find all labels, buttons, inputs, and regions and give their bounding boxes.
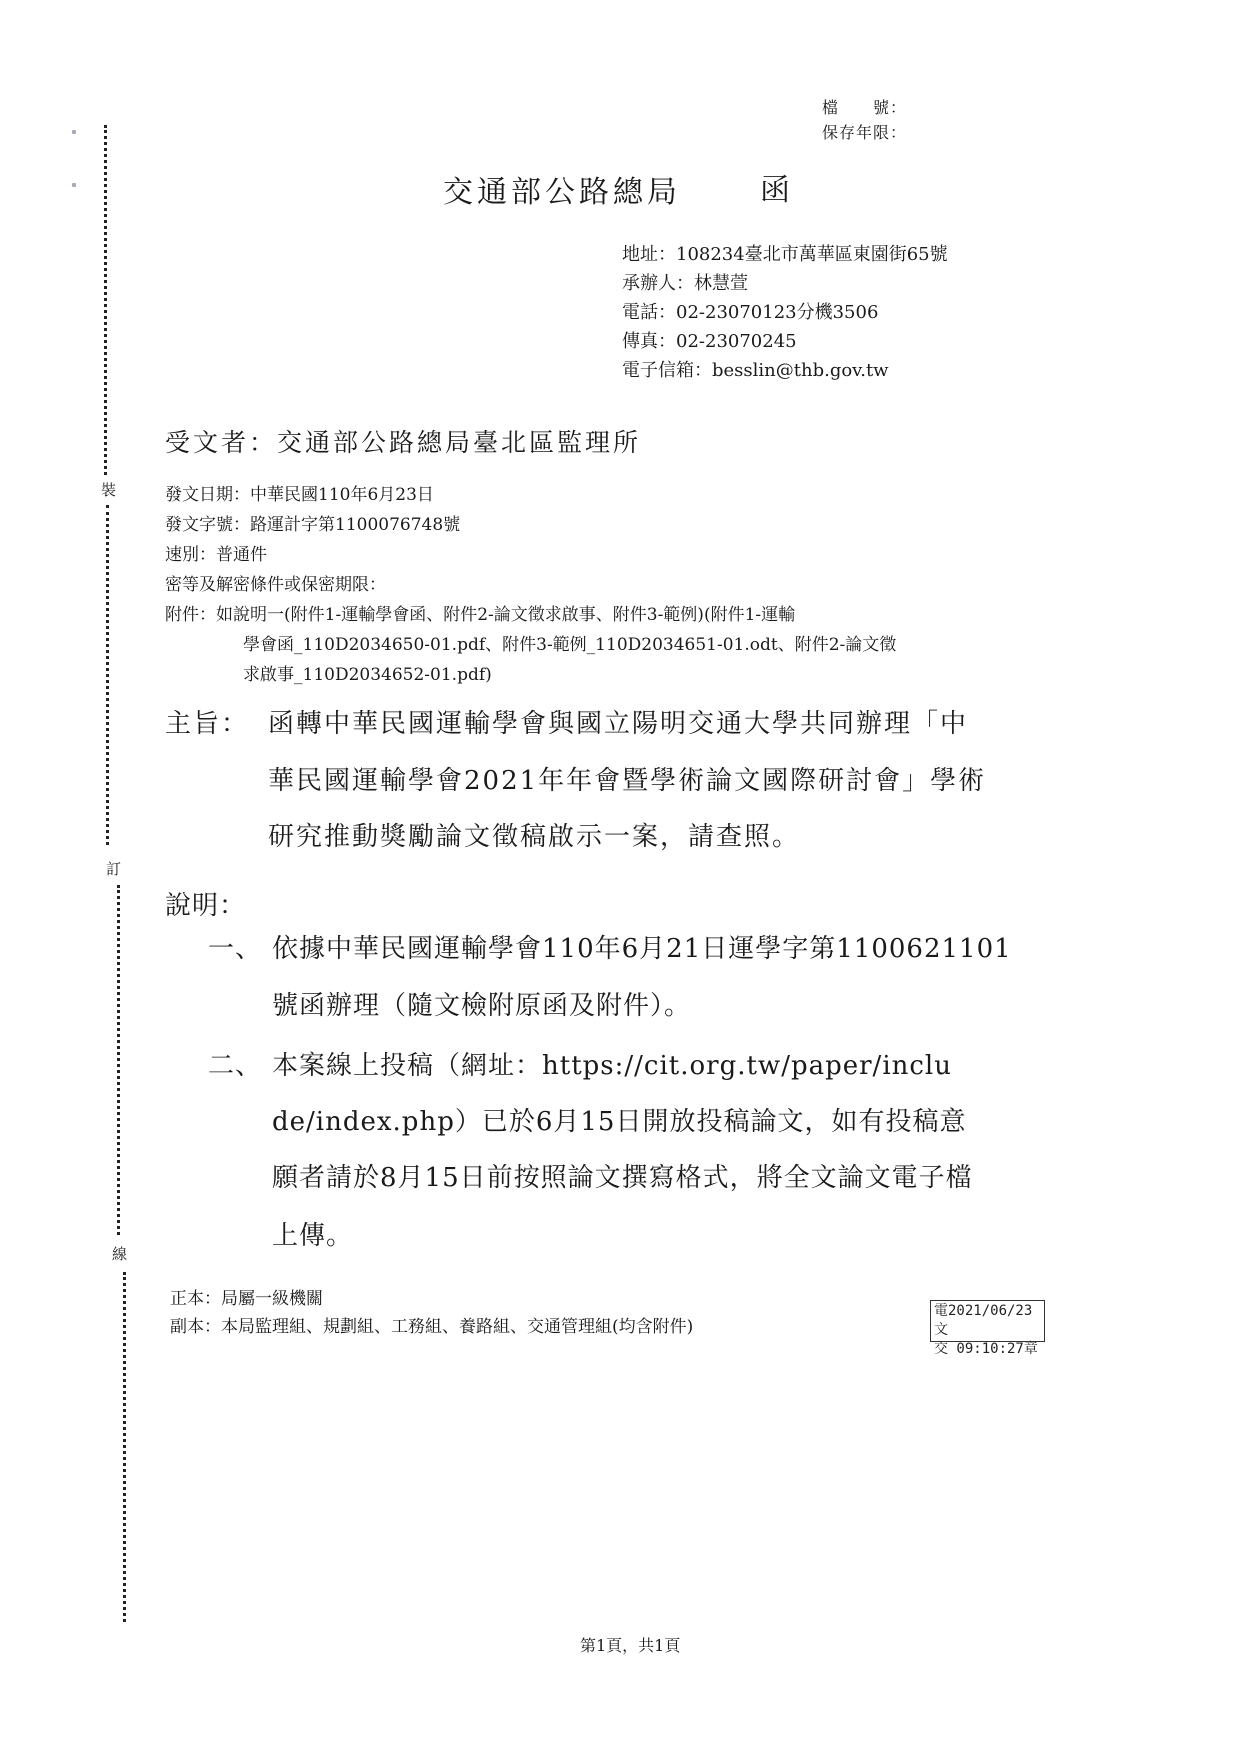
document-type: 函	[760, 165, 794, 209]
issue-date: 發文日期：中華民國110年6月23日	[165, 480, 896, 510]
binding-line	[123, 1272, 126, 1622]
explanation-item-1-line: 號函辦理（隨文檢附原函及附件）。	[272, 985, 691, 1022]
sender-address: 地址：108234臺北市萬華區東園街65號	[622, 240, 948, 269]
original-recipients: 正本：局屬一級機關	[170, 1284, 323, 1309]
explanation-item-2-line: 願者請於8月15日前按照論文撰寫格式，將全文論文電子檔	[272, 1157, 973, 1194]
sender-email: 電子信箱：besslin@thb.gov.tw	[622, 356, 948, 385]
explanation-item-2-line: 上傳。	[272, 1215, 353, 1252]
subject-line: 函轉中華民國運輸學會與國立陽明交通大學共同辦理「中	[268, 703, 968, 740]
sender-fax: 傳真：02-23070245	[622, 327, 948, 356]
explanation-item-2-line: 本案線上投稿（網址：https://cit.org.tw/paper/inclu	[272, 1045, 952, 1082]
explanation-item-1-line: 依據中華民國運輸學會110年6月21日運學字第1100621101	[272, 928, 1012, 965]
binding-mark-bind: 裝	[101, 479, 116, 500]
scan-speck	[72, 183, 76, 187]
doc-info-block: 發文日期：中華民國110年6月23日 發文字號：路運計字第1100076748號…	[165, 480, 896, 690]
recipient: 受文者：交通部公路總局臺北區監理所	[165, 423, 641, 459]
sender-phone: 電話：02-23070123分機3506	[622, 298, 948, 327]
stamp-date: 電2021/06/23文	[934, 1302, 1041, 1340]
explanation-label: 說明：	[165, 885, 246, 922]
binding-line	[117, 885, 120, 1235]
explanation-item-2-line: de/index.php）已於6月15日開放投稿論文，如有投稿意	[272, 1101, 966, 1138]
page-number: 第1頁，共1頁	[580, 1633, 680, 1656]
attachments-line: 附件：如說明一(附件1-運輸學會函、附件2-論文徵求啟事、附件3-範例)(附件1…	[165, 600, 896, 630]
agency-title: 交通部公路總局	[443, 167, 681, 211]
binding-mark-line: 線	[112, 1243, 127, 1264]
explanation-item-2-marker: 二、	[208, 1045, 262, 1082]
subject-label: 主旨：	[165, 703, 249, 740]
sender-info-block: 地址：108234臺北市萬華區東園街65號 承辦人：林慧萱 電話：02-2307…	[622, 240, 948, 385]
subject-line: 華民國運輸學會2021年年會暨學術論文國際研討會」學術	[268, 760, 986, 797]
copy-recipients: 副本：本局監理組、規劃組、工務組、養路組、交通管理組(均含附件)	[170, 1312, 693, 1337]
binding-line	[106, 505, 109, 845]
binding-mark-staple: 訂	[106, 858, 121, 879]
urgency: 速別：普通件	[165, 540, 896, 570]
receipt-timestamp-stamp: 電2021/06/23文 交 09:10:27章	[930, 1300, 1045, 1342]
attachments-line: 學會函_110D2034650-01.pdf、附件3-範例_110D203465…	[165, 630, 896, 660]
stamp-time: 交 09:10:27章	[934, 1340, 1041, 1359]
explanation-item-1-marker: 一、	[208, 928, 262, 965]
subject-line: 研究推動獎勵論文徵稿啟示一案，請查照。	[268, 816, 800, 853]
attachments-line: 求啟事_110D2034652-01.pdf)	[165, 660, 896, 690]
retention-label: 保存年限：	[822, 120, 907, 143]
binding-line	[104, 125, 107, 475]
classification: 密等及解密條件或保密期限：	[165, 570, 896, 600]
doc-number: 發文字號：路運計字第1100076748號	[165, 510, 896, 540]
file-number-label: 檔 號：	[822, 95, 907, 118]
scan-speck	[72, 130, 76, 134]
sender-handler: 承辦人：林慧萱	[622, 269, 948, 298]
